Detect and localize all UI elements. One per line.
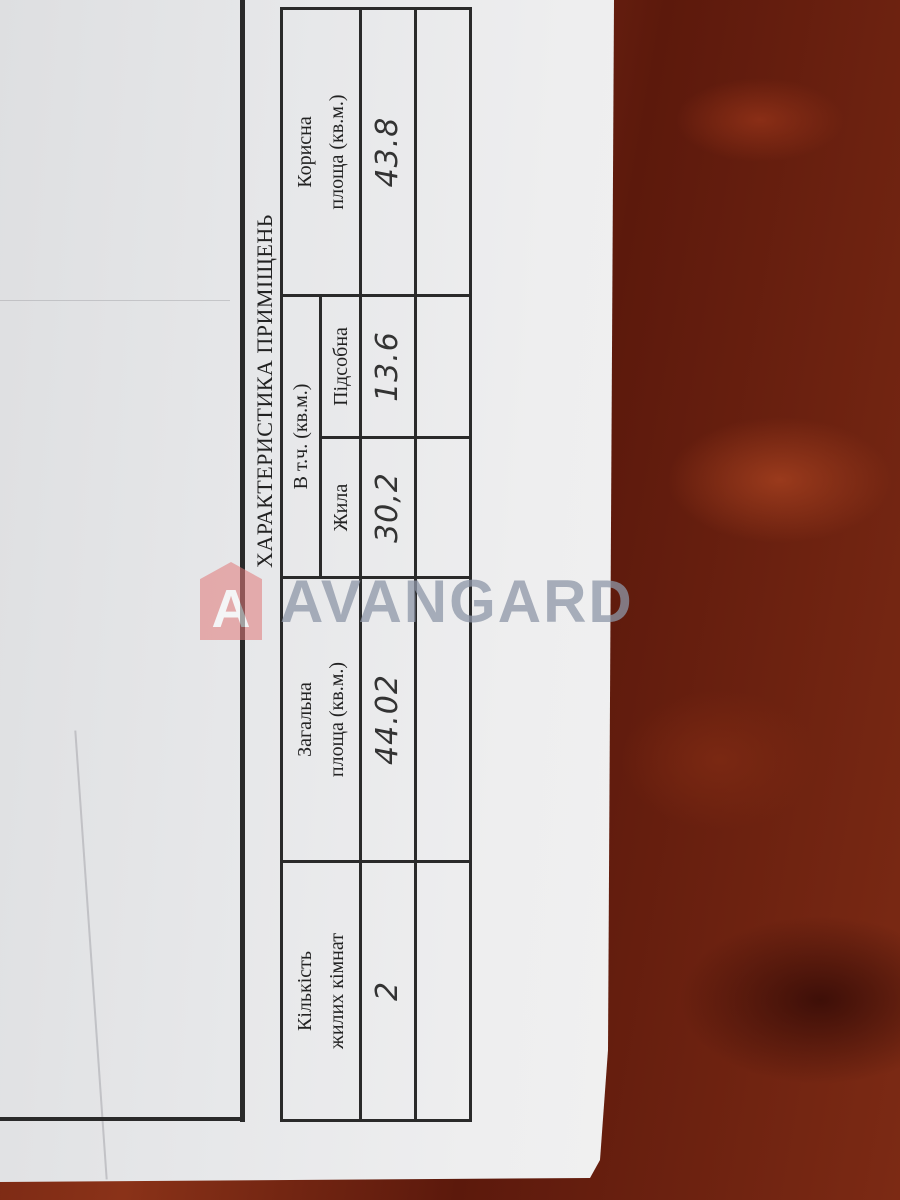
header-auxiliary: Підсобна (319, 294, 362, 439)
header-living: Жила (319, 436, 362, 579)
page-frame-border-bottom (0, 1117, 245, 1121)
paper-fold (74, 730, 107, 1179)
cell-empty (414, 860, 472, 1122)
header-useful-area: Корисна площа (кв.м.) (280, 7, 362, 297)
avangard-logo-icon: A (200, 562, 262, 640)
cell-empty (414, 294, 472, 439)
paper-crease (0, 300, 230, 301)
premises-table: Кількість жилих кімнат Загальна площа (к… (280, 0, 480, 1122)
cell-useful-area: 43.8 (359, 7, 417, 297)
table-title: ХАРАКТЕРИСТИКА ПРИМІЩЕНЬ (250, 214, 280, 568)
page-frame-border (240, 0, 245, 1122)
cell-auxiliary: 13.6 (359, 294, 417, 439)
cell-rooms: 2 (359, 860, 417, 1122)
header-including: В т.ч. (кв.м.) (280, 294, 322, 579)
watermark-text: AVANGARD (280, 567, 634, 636)
watermark: A AVANGARD (200, 562, 634, 640)
header-rooms: Кількість жилих кімнат (280, 860, 362, 1122)
cell-empty (414, 7, 472, 297)
cell-empty (414, 436, 472, 579)
cell-living: 30,2 (359, 436, 417, 579)
